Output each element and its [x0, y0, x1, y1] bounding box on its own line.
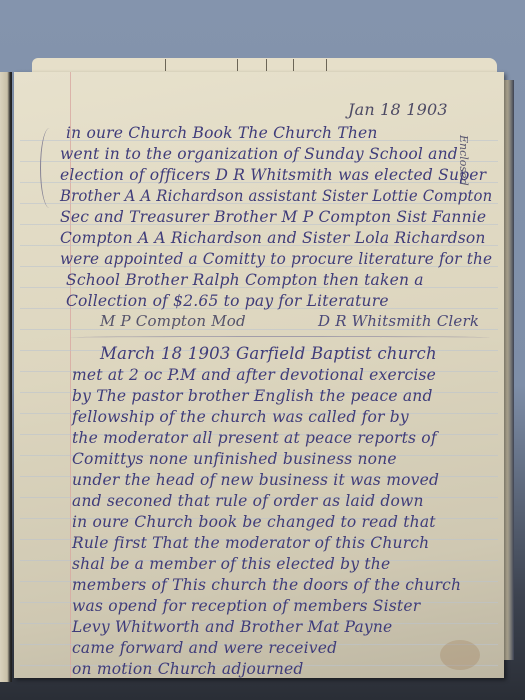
entry-line: Brother A A Richardson assistant Sister …	[60, 187, 492, 205]
entry-divider	[70, 336, 490, 339]
page-stack-top	[32, 58, 497, 72]
entry-line: Comittys none unfinished business none	[72, 450, 397, 468]
entry-line: Rule first That the moderator of this Ch…	[72, 534, 429, 552]
entry-line: election of officers D R Whitsmith was e…	[60, 166, 486, 184]
entry-line: March 18 1903 Garfield Baptist church	[100, 344, 437, 363]
book-spine	[0, 72, 12, 682]
entry-line: Sec and Treasurer Brother M P Compton Si…	[60, 208, 486, 226]
entry-line: met at 2 oc P.M and after devotional exe…	[72, 366, 436, 384]
entry-line: went in to the organization of Sunday Sc…	[60, 145, 458, 163]
margin-bracket	[40, 128, 59, 208]
entry-line: was opend for reception of members Siste…	[72, 597, 420, 615]
entry-line: members of This church the doors of the …	[72, 576, 461, 594]
entry-line: on motion Church adjourned	[72, 660, 304, 678]
entry-line: in oure Church book be changed to read t…	[72, 513, 436, 531]
entry-line: Collection of $2.65 to pay for Literatur…	[66, 292, 389, 310]
date-header: Jan 18 1903	[348, 100, 448, 119]
entry-line: and seconed that rule of order as laid d…	[72, 492, 424, 510]
clerk-signature-1: D R Whitsmith Clerk	[318, 312, 479, 330]
entry-line: fellowship of the church was called for …	[72, 408, 409, 426]
entry-line: shal be a member of this elected by the	[72, 555, 390, 573]
entry-line: were appointed a Comitty to procure lite…	[60, 250, 492, 268]
entry-line: under the head of new business it was mo…	[72, 471, 439, 489]
entry-line: Compton A A Richardson and Sister Lola R…	[60, 229, 486, 247]
entry-line: in oure Church Book The Church Then	[66, 124, 378, 142]
entry-line: came forward and were received	[72, 639, 337, 657]
paper-stain	[440, 640, 480, 670]
moderator-signature-1: M P Compton Mod	[100, 312, 246, 330]
entry-line: Levy Whitworth and Brother Mat Payne	[72, 618, 392, 636]
entry-line: by The pastor brother English the peace …	[72, 387, 433, 405]
entry-line: School Brother Ralph Compton then taken …	[66, 271, 424, 289]
entry-line: the moderator all present at peace repor…	[72, 429, 437, 447]
